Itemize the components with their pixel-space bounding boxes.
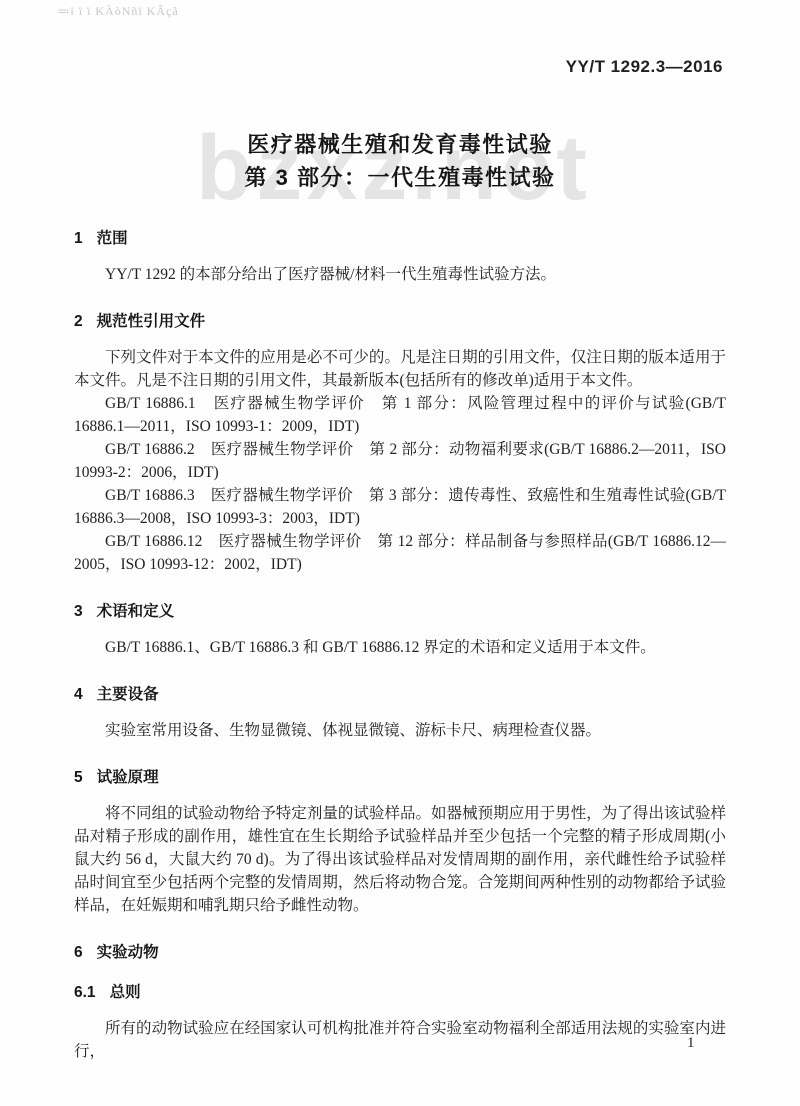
paragraph: 实验室常用设备、生物显微镜、体视显微镜、游标卡尺、病理检查仪器。 [74, 719, 726, 742]
page-content: 医疗器械生殖和发育毒性试验 第 3 部分：一代生殖毒性试验 1 范围 YY/T … [0, 0, 800, 1063]
section-number: 5 [74, 767, 83, 789]
section-title: 试验原理 [97, 767, 159, 789]
reference-item: GB/T 16886.12 医疗器械生物学评价 第 12 部分：样品制备与参照样… [74, 530, 726, 576]
section-1-heading: 1 范围 [74, 228, 726, 250]
section-title: 术语和定义 [97, 601, 175, 623]
paragraph: GB/T 16886.1、GB/T 16886.3 和 GB/T 16886.1… [74, 636, 726, 659]
section-title: 范围 [97, 228, 128, 250]
section-number: 2 [74, 311, 83, 333]
section-5-heading: 5 试验原理 [74, 767, 726, 789]
section-number: 4 [74, 684, 83, 706]
paragraph: 将不同组的试验动物给予特定剂量的试验样品。如器械预期应用于男性，为了得出该试验样… [74, 802, 726, 917]
paragraph: 所有的动物试验应在经国家认可机构批准并符合实验室动物福利全部适用法规的实验室内进… [74, 1017, 726, 1063]
section-title: 总则 [110, 982, 141, 1004]
paragraph: 下列文件对于本文件的应用是必不可少的。凡是注日期的引用文件，仅注日期的版本适用于… [74, 346, 726, 392]
section-3-heading: 3 术语和定义 [74, 601, 726, 623]
section-number: 6.1 [74, 982, 96, 1004]
section-number: 6 [74, 942, 83, 964]
section-title: 主要设备 [97, 684, 159, 706]
reference-item: GB/T 16886.2 医疗器械生物学评价 第 2 部分：动物福利要求(GB/… [74, 438, 726, 484]
title-line-2: 第 3 部分：一代生殖毒性试验 [74, 161, 726, 194]
section-number: 3 [74, 601, 83, 623]
reference-item: GB/T 16886.3 医疗器械生物学评价 第 3 部分：遗传毒性、致癌性和生… [74, 484, 726, 530]
section-title: 实验动物 [97, 942, 159, 964]
section-2-heading: 2 规范性引用文件 [74, 311, 726, 333]
reference-item: GB/T 16886.1 医疗器械生物学评价 第 1 部分：风险管理过程中的评价… [74, 392, 726, 438]
section-6-1-heading: 6.1 总则 [74, 982, 726, 1004]
title-line-1: 医疗器械生殖和发育毒性试验 [74, 128, 726, 161]
section-4-heading: 4 主要设备 [74, 684, 726, 706]
section-6-heading: 6 实验动物 [74, 942, 726, 964]
paragraph: YY/T 1292 的本部分给出了医疗器械/材料一代生殖毒性试验方法。 [74, 263, 726, 286]
document-page: ≕ï ï ï KÀòNñï KÂçã YY/T 1292.3—2016 bzxz… [0, 0, 800, 1106]
section-number: 1 [74, 228, 83, 250]
document-title: 医疗器械生殖和发育毒性试验 第 3 部分：一代生殖毒性试验 [74, 128, 726, 194]
section-title: 规范性引用文件 [97, 311, 206, 333]
